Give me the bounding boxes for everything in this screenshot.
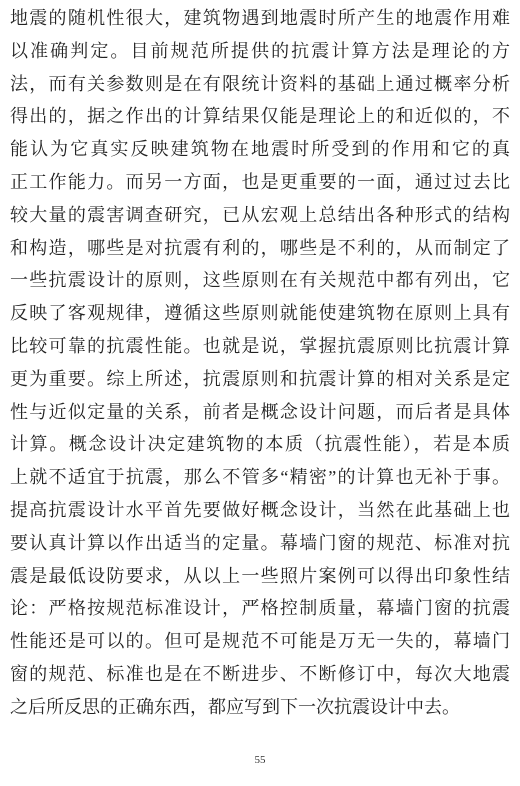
text-line: 性与近似定量的关系，前者是概念设计问题，而后者是具体 bbox=[10, 396, 510, 429]
page-number: 55 bbox=[0, 754, 520, 767]
text-line: 地震的随机性很大，建筑物遇到地震时所产生的地震作用难 bbox=[10, 2, 510, 35]
text-line: 之后所反思的正确东西，都应写到下一次抗震设计中去。 bbox=[10, 691, 510, 724]
text-line: 要认真计算以作出适当的定量。幕墙门窗的规范、标准对抗 bbox=[10, 527, 510, 560]
text-line: 上就不适宜于抗震，那么不管多“精密”的计算也无补于事。 bbox=[10, 461, 510, 494]
text-line: 法，而有关参数则是在有限统计资料的基础上通过概率分析 bbox=[10, 68, 510, 101]
text-line: 计算。概念设计决定建筑物的本质（抗震性能），若是本质 bbox=[10, 428, 510, 461]
text-line: 正工作能力。而另一方面，也是更重要的一面，通过过去比 bbox=[10, 166, 510, 199]
document-page: 地震的随机性很大，建筑物遇到地震时所产生的地震作用难 以准确判定。目前规范所提供… bbox=[0, 0, 520, 786]
text-line: 窗的规范、标准也是在不断进步、不断修订中，每次大地震 bbox=[10, 658, 510, 691]
text-line: 能认为它真实反映建筑物在地震时所受到的作用和它的真 bbox=[10, 133, 510, 166]
text-line: 反映了客观规律，遵循这些原则就能使建筑物在原则上具有 bbox=[10, 297, 510, 330]
text-line: 比较可靠的抗震性能。也就是说，掌握抗震原则比抗震计算 bbox=[10, 330, 510, 363]
text-line: 以准确判定。目前规范所提供的抗震计算方法是理论的方 bbox=[10, 35, 510, 68]
text-line: 提高抗震设计水平首先要做好概念设计，当然在此基础上也 bbox=[10, 494, 510, 527]
text-line: 得出的，据之作出的计算结果仅能是理论上的和近似的，不 bbox=[10, 100, 510, 133]
text-line: 论：严格按规范标准设计，严格控制质量，幕墙门窗的抗震 bbox=[10, 592, 510, 625]
text-line: 更为重要。综上所述，抗震原则和抗震计算的相对关系是定 bbox=[10, 363, 510, 396]
text-line: 一些抗震设计的原则，这些原则在有关规范中都有列出，它 bbox=[10, 264, 510, 297]
text-line: 性能还是可以的。但可是规范不可能是万无一失的，幕墙门 bbox=[10, 625, 510, 658]
text-line: 和构造，哪些是对抗震有利的，哪些是不利的，从而制定了 bbox=[10, 232, 510, 265]
text-line: 震是最低设防要求，从以上一些照片案例可以得出印象性结 bbox=[10, 560, 510, 593]
text-line: 较大量的震害调查研究，已从宏观上总结出各种形式的结构 bbox=[10, 199, 510, 232]
paragraph-text-block: 地震的随机性很大，建筑物遇到地震时所产生的地震作用难 以准确判定。目前规范所提供… bbox=[10, 2, 510, 724]
